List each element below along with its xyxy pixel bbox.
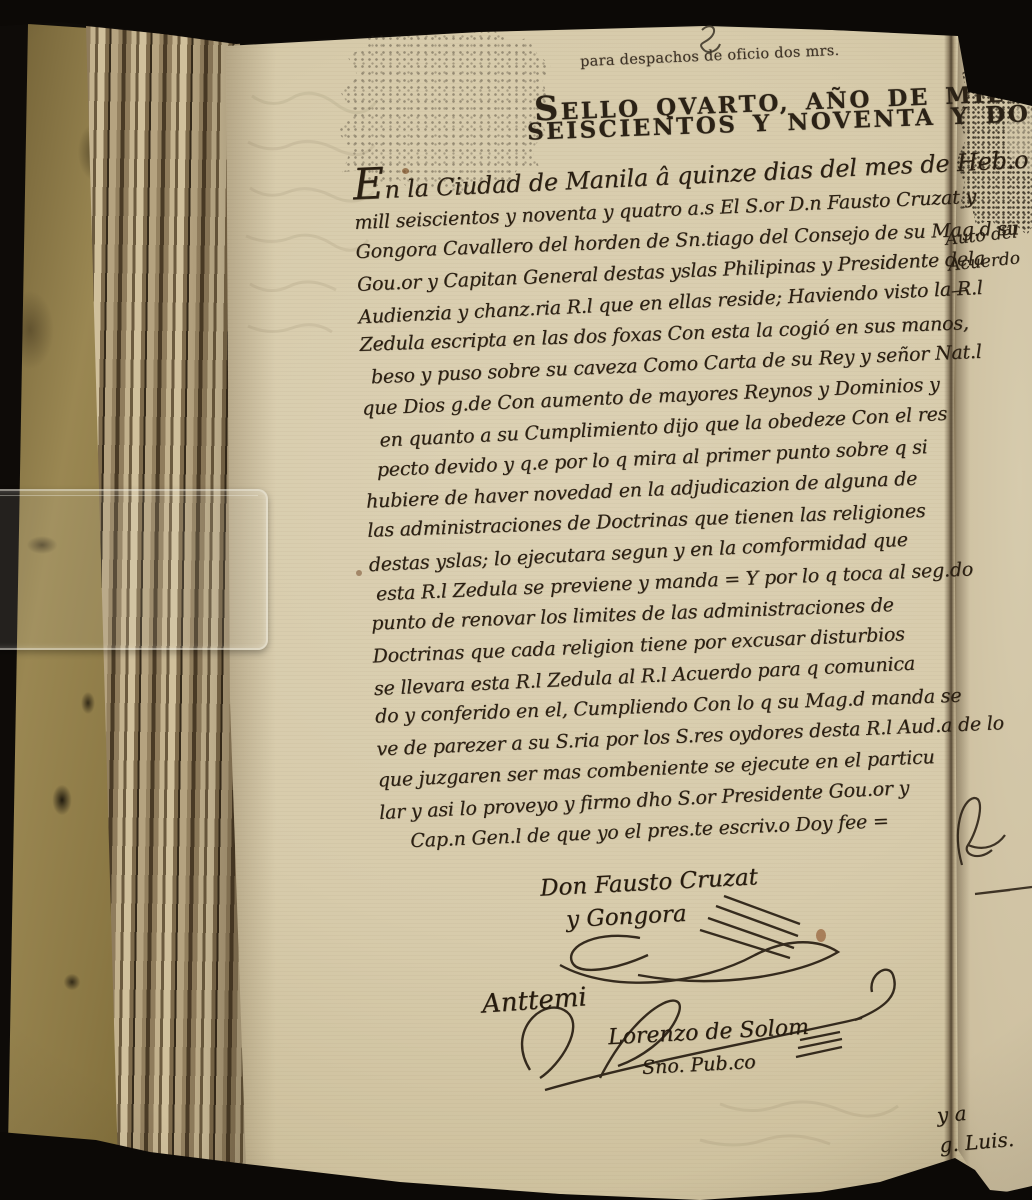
margin-note: Auto del Acuerdo — <box>944 218 1032 305</box>
manuscript-photo: para despachos de oficio dos mrs. SELLO … <box>0 0 1032 1200</box>
rust-stain <box>356 570 362 576</box>
rust-stain <box>816 929 826 942</box>
rust-stain <box>402 168 409 174</box>
margin-note-line: Acuerdo — <box>947 243 1032 304</box>
manuscript-body: En la Ciudad de Manila â quinze dias del… <box>352 139 981 859</box>
glass-page-weight <box>0 489 268 650</box>
corner-writing-fragment: y a g. Luis. <box>936 1092 1032 1160</box>
